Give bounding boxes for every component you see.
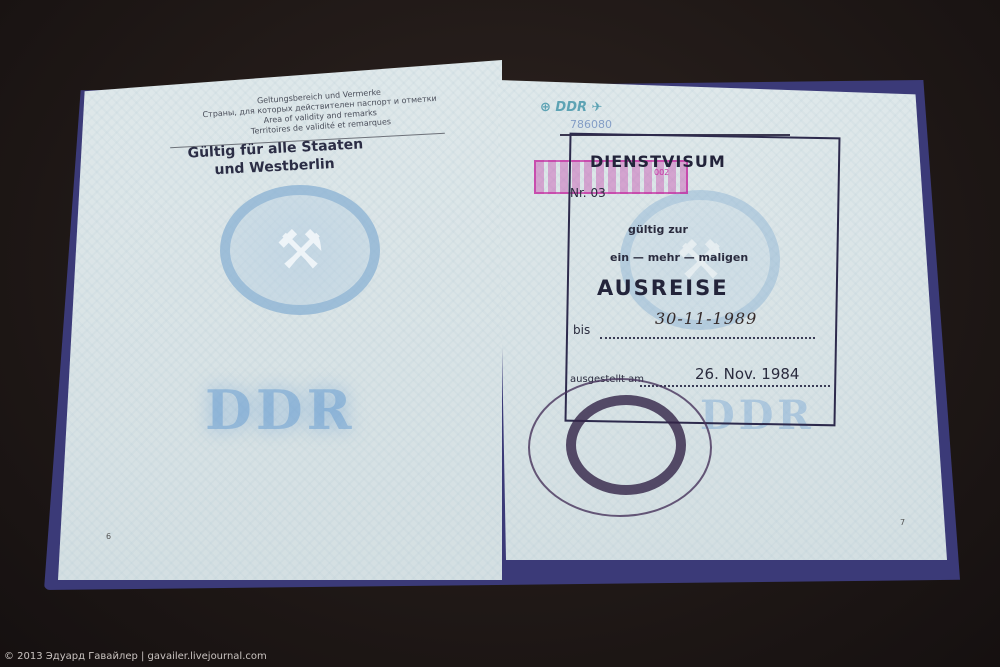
page-number-left: 6 (106, 532, 111, 541)
visa-until-date: 30-11-1989 (655, 309, 757, 328)
copyright-caption: © 2013 Эдуард Гавайлер | gavailer.livejo… (4, 651, 267, 662)
visa-valid-for: gültig zur (628, 223, 688, 236)
visa-type: AUSREISE (597, 276, 729, 300)
visa-title: DIENSTVISUM (590, 152, 726, 171)
visa-until-label: bis (573, 323, 590, 337)
visa-number: Nr. 03 (570, 186, 606, 200)
page-number-right: 7 (900, 518, 905, 527)
left-page (58, 60, 502, 580)
entry-stamp-label: DDR (555, 100, 587, 115)
ddr-watermark: DDR (205, 378, 356, 442)
visa-issued-dotted-line (640, 385, 830, 387)
entry-stamp: ⊕ DDR ✈ (540, 100, 602, 115)
entry-stamp-number: 786080 (570, 118, 612, 131)
visa-until-dotted-line (600, 337, 815, 339)
visa-issued-date: 26. Nov. 1984 (695, 365, 799, 383)
visa-frequency: ein — mehr — maligen (610, 251, 748, 264)
seal-emblem-icon (566, 395, 686, 495)
gdr-emblem-icon: ⚒ (220, 185, 380, 315)
